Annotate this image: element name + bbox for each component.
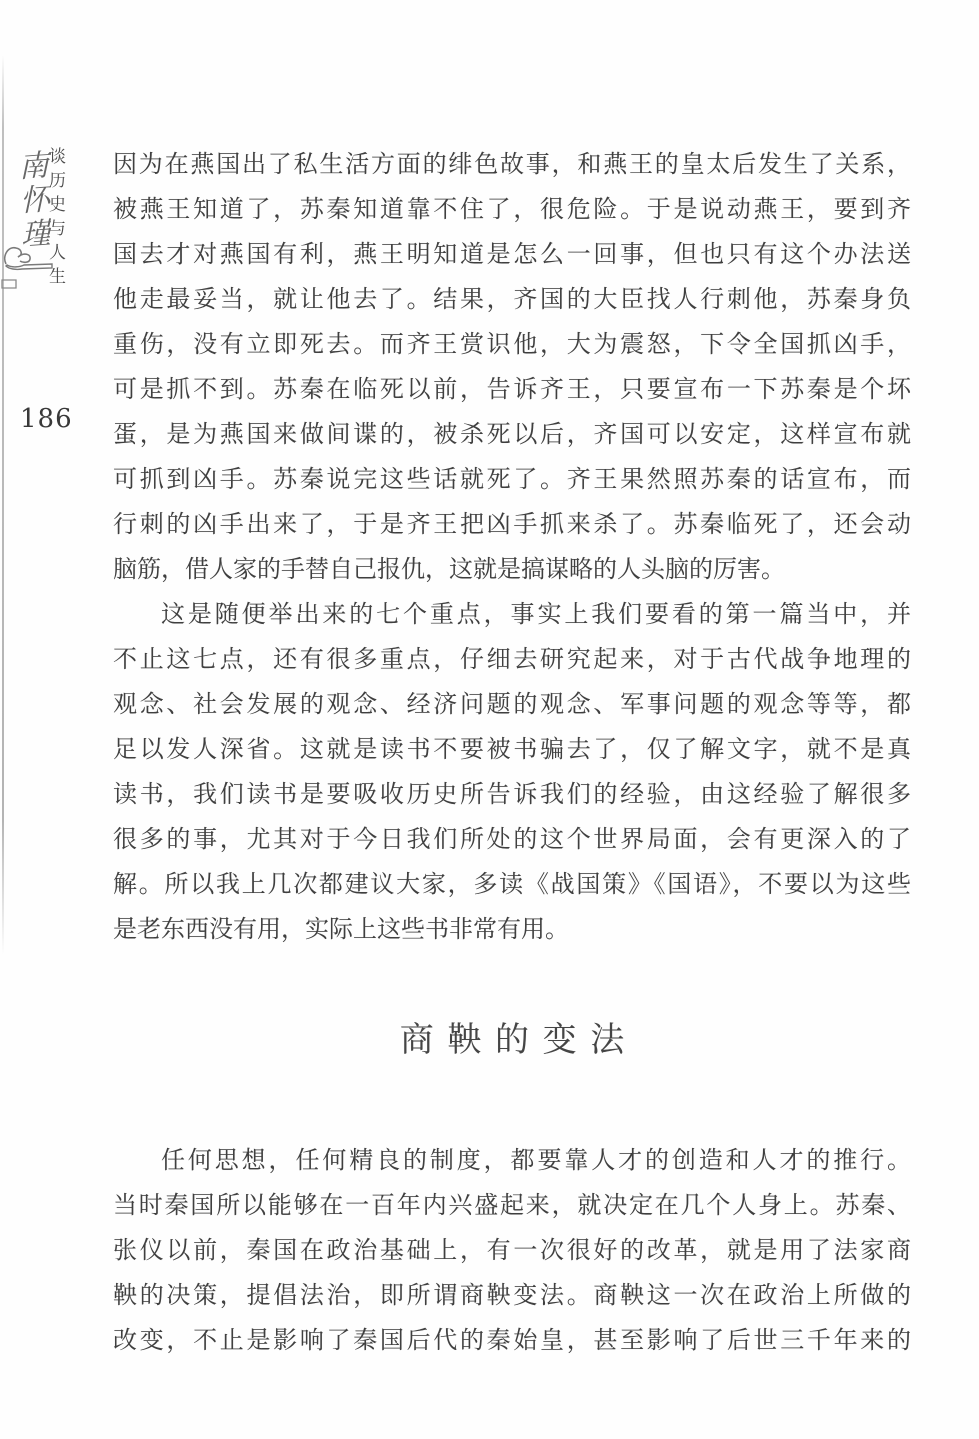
page-number: 186: [20, 404, 73, 434]
text-line: 因为在燕国出了私生活方面的绯色故事，和燕王的皇太后发生了关系，: [113, 142, 911, 187]
text-line: 解。所以我上几次都建议大家，多读《战国策》《国语》，不要以为这些: [113, 862, 911, 907]
text-line: 张仪以前，秦国在政治基础上，有一次很好的改革，就是用了法家商: [113, 1228, 911, 1273]
text-line: 可抓到凶手。苏秦说完这些话就死了。齐王果然照苏秦的话宣布，而: [113, 457, 911, 502]
text-line: 脑筋，借人家的手替自己报仇，这就是搞谋略的人头脑的厉害。: [113, 547, 911, 592]
text-line: 足以发人深省。这就是读书不要被书骗去了，仅了解文字，就不是真: [113, 727, 911, 772]
text-line: 很多的事，尤其对于今日我们所处的这个世界局面，会有更深入的了: [113, 817, 911, 862]
text-line: 观念、社会发展的观念、经济问题的观念、军事问题的观念等等，都: [113, 682, 911, 727]
ink-sketch-icon: [0, 238, 58, 298]
text-line: 任何思想，任何精良的制度，都要靠人才的创造和人才的推行。: [113, 1138, 911, 1183]
text-line: 行刺的凶手出来了，于是齐王把凶手抓来杀了。苏秦临死了，还会动: [113, 502, 911, 547]
page-text: 因为在燕国出了私生活方面的绯色故事，和燕王的皇太后发生了关系， 被燕王知道了，苏…: [113, 142, 911, 1363]
text-line: 鞅的决策，提倡法治，即所谓商鞅变法。商鞅这一次在政治上所做的: [113, 1273, 911, 1318]
text-line: 蛋，是为燕国来做间谍的，被杀死以后，齐国可以安定，这样宣布就: [113, 412, 911, 457]
text-line: 可是抓不到。苏秦在临死以前，告诉齐王，只要宣布一下苏秦是个坏: [113, 367, 911, 412]
book-page: 南怀瑾 谈历史与人生 186 因为在燕国出了私生活方面的绯色故事，和燕王的皇太后…: [0, 0, 979, 1439]
paragraph-3: 任何思想，任何精良的制度，都要靠人才的创造和人才的推行。 当时秦国所以能够在一百…: [113, 1138, 911, 1363]
text-line: 读书，我们读书是要吸收历史所告诉我们的经验，由这经验了解很多: [113, 772, 911, 817]
paragraph-1: 因为在燕国出了私生活方面的绯色故事，和燕王的皇太后发生了关系， 被燕王知道了，苏…: [113, 142, 911, 592]
text-line: 是老东西没有用，实际上这些书非常有用。: [113, 907, 911, 952]
text-line: 重伤，没有立即死去。而齐王赏识他，大为震怒，下令全国抓凶手，: [113, 322, 911, 367]
text-line: 国去才对燕国有利，燕王明知道是怎么一回事，但也只有这个办法送: [113, 232, 911, 277]
text-line: 当时秦国所以能够在一百年内兴盛起来，就决定在几个人身上。苏秦、: [113, 1183, 911, 1228]
text-line: 这是随便举出来的七个重点，事实上我们要看的第一篇当中，并: [113, 592, 911, 637]
text-line: 被燕王知道了，苏秦知道靠不住了，很危险。于是说动燕王，要到齐: [113, 187, 911, 232]
text-line: 不止这七点，还有很多重点，仔细去研究起来，对于古代战争地理的: [113, 637, 911, 682]
section-heading: 商鞅的变法: [113, 1020, 911, 1060]
text-line: 他走最妥当，就让他去了。结果，齐国的大臣找人行刺他，苏秦身负: [113, 277, 911, 322]
paragraph-2: 这是随便举出来的七个重点，事实上我们要看的第一篇当中，并 不止这七点，还有很多重…: [113, 592, 911, 952]
text-line: 改变，不止是影响了秦国后代的秦始皇，甚至影响了后世三千年来的: [113, 1318, 911, 1363]
left-margin: 南怀瑾 谈历史与人生 186: [0, 0, 110, 1439]
